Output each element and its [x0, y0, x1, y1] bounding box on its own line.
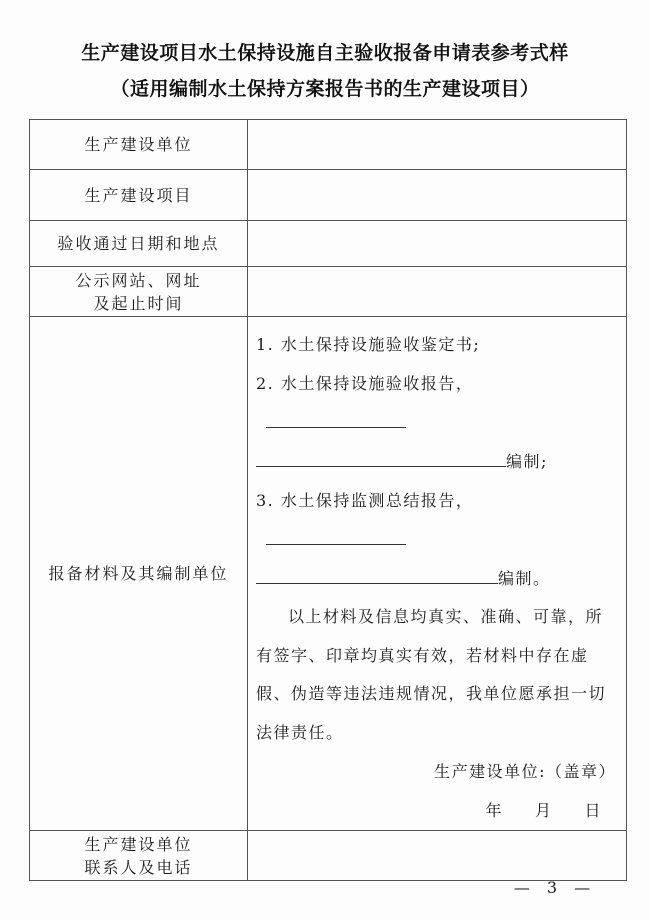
material-item-2: 2. 水土保持设施验收报告，: [256, 364, 618, 442]
application-form-table: 生产建设单位 生产建设项目 验收通过日期和地点 公示网站、网址 及起止时间 报备…: [29, 119, 627, 881]
date-line: 年月日: [256, 791, 618, 830]
blank-field[interactable]: [256, 567, 498, 584]
label-line: 公示网站、网址: [30, 269, 247, 292]
label-materials: 报备材料及其编制单位: [30, 317, 248, 831]
label-line: 联系人及电话: [30, 856, 247, 879]
material-item-2-cont: 编制;: [256, 442, 618, 481]
material-item-1: 1. 水土保持设施验收鉴定书;: [256, 325, 618, 364]
blank-field[interactable]: [256, 450, 506, 467]
field-construction-unit[interactable]: [248, 120, 627, 170]
table-row: 生产建设项目: [30, 170, 627, 221]
document-subtitle: （适用编制水土保持方案报告书的生产建设项目）: [0, 74, 650, 101]
label-acceptance-date-place: 验收通过日期和地点: [30, 221, 248, 267]
table-row: 验收通过日期和地点: [30, 221, 627, 267]
label-line: 生产建设单位: [30, 833, 247, 856]
document-title: 生产建设项目水土保持设施自主验收报备申请表参考式样: [0, 38, 650, 65]
material-item-3: 3. 水土保持监测总结报告，: [256, 481, 618, 559]
declaration-text: 以上材料及信息均真实、准确、可靠，所有签字、印章均真实有效，若材料中存在虚假、伪…: [256, 598, 618, 752]
label-publicity-website: 公示网站、网址 及起止时间: [30, 267, 248, 317]
label-construction-project: 生产建设项目: [30, 170, 248, 221]
table-row: 报备材料及其编制单位 1. 水土保持设施验收鉴定书; 2. 水土保持设施验收报告…: [30, 317, 627, 831]
field-construction-project[interactable]: [248, 170, 627, 221]
label-contact: 生产建设单位 联系人及电话: [30, 831, 248, 881]
table-row: 生产建设单位 联系人及电话: [30, 831, 627, 881]
table-row: 公示网站、网址 及起止时间: [30, 267, 627, 317]
label-line: 及起止时间: [30, 292, 247, 315]
page-number: — 3 —: [500, 878, 610, 897]
field-publicity-website[interactable]: [248, 267, 627, 317]
material-item-3-cont: 编制。: [256, 559, 618, 598]
label-construction-unit: 生产建设单位: [30, 120, 248, 170]
blank-field[interactable]: [266, 411, 406, 428]
materials-cell: 1. 水土保持设施验收鉴定书; 2. 水土保持设施验收报告， 编制; 3. 水土…: [248, 317, 627, 831]
blank-field[interactable]: [266, 528, 406, 545]
table-row: 生产建设单位: [30, 120, 627, 170]
field-contact[interactable]: [248, 831, 627, 881]
field-acceptance-date-place[interactable]: [248, 221, 627, 267]
signature-line: 生产建设单位:（盖章）: [256, 752, 618, 791]
